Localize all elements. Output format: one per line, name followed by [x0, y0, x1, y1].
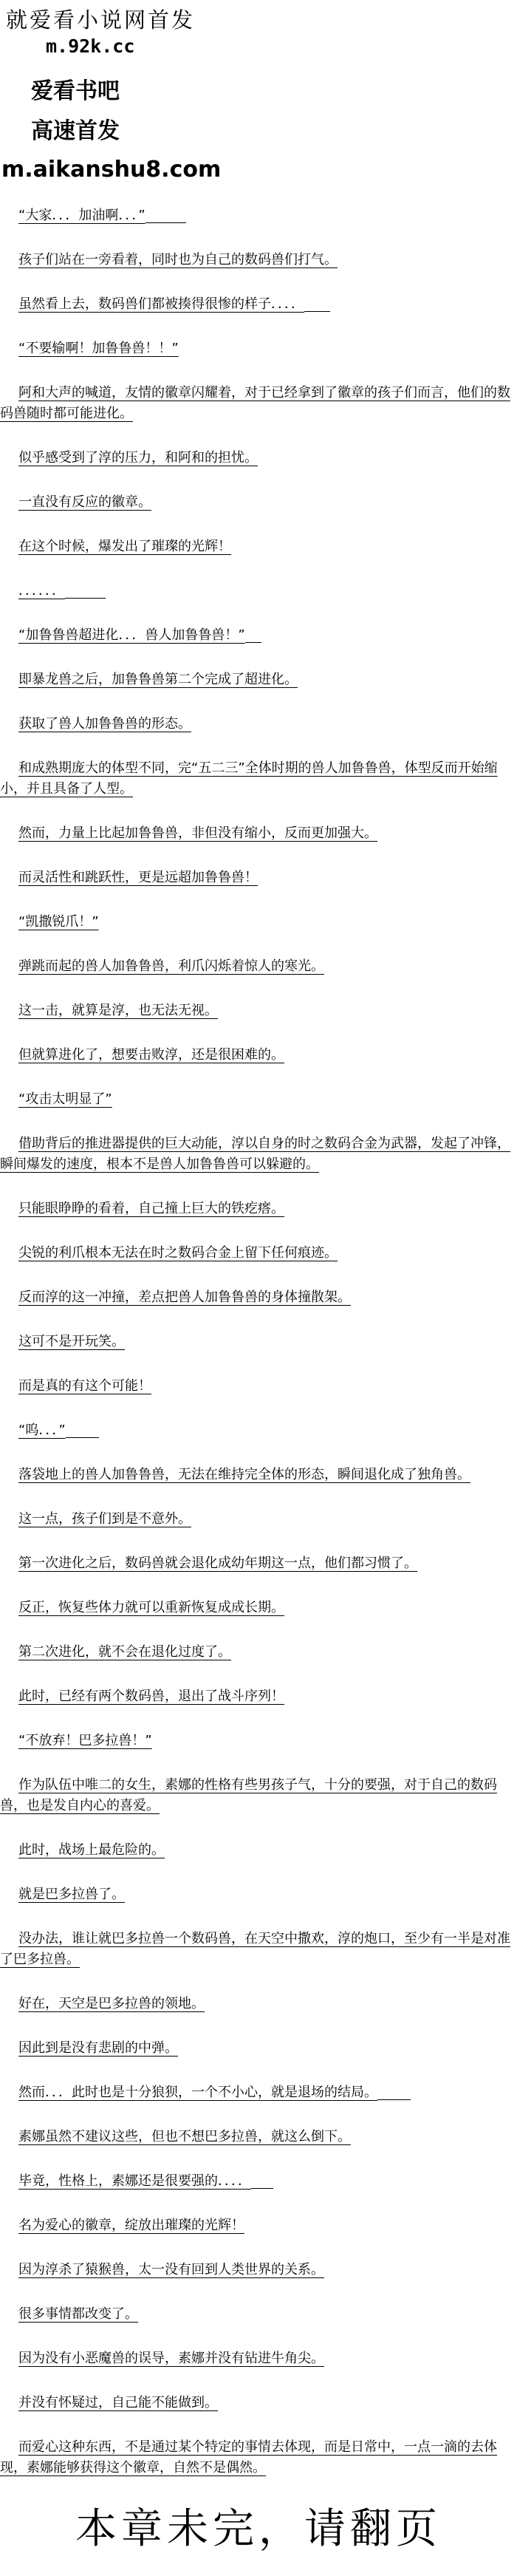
paragraph-text: 这一点，孩子们到是不意外。 — [18, 1511, 191, 1527]
paragraph: “凯撒锐爪！” — [0, 912, 517, 933]
paragraph: 落袋地上的兽人加鲁鲁兽，无法在维持完全体的形态，瞬间退化成了独角兽。 — [0, 1465, 517, 1485]
paragraph-text: 孩子们站在一旁看着，同时也为自己的数码兽们打气。 — [18, 252, 338, 268]
paragraph-text: 阿和大声的喊道，友情的徽章闪耀着，对于已经拿到了徽章的孩子们而言，他们的数码兽随… — [0, 385, 510, 421]
paragraph: 然而．．．此时也是十分狼狈，一个不小心，就是退场的结局。 — [0, 2082, 517, 2103]
paragraph: 但就算进化了，想要击败淳，还是很困难的。 — [0, 1045, 517, 1066]
paragraph: 就是巴多拉兽了。 — [0, 1884, 517, 1905]
paragraph-text: 而是真的有这个可能！ — [18, 1378, 151, 1394]
paragraph-text: 似乎感受到了淳的压力，和阿和的担忧。 — [18, 450, 258, 466]
paragraph-text: 因此到是没有悲剧的中弹。 — [18, 2040, 178, 2056]
paragraph-text: 第一次进化之后，数码兽就会退化成幼年期这一点，他们都习惯了。 — [18, 1556, 417, 1571]
paragraph-text: 因为淳杀了猿猴兽，太一没有回到人类世界的关系。 — [18, 2262, 324, 2277]
paragraph: 毕竟，性格上，素娜还是很要强的．．．． — [0, 2171, 517, 2192]
paragraph: 一直没有反应的徽章。 — [0, 492, 517, 513]
paragraph-text: “加鲁鲁兽超进化．．．兽人加鲁鲁兽！” — [18, 627, 245, 643]
paragraph-text: 借助背后的推进器提供的巨大动能，淳以自身的时之数码合金为武器，发起了冲锋，瞬间爆… — [0, 1136, 510, 1172]
paragraph: 这可不是开玩笑。 — [0, 1332, 517, 1352]
paragraph: 作为队伍中唯二的女生，素娜的性格有些男孩子气，十分的要强，对于自己的数码兽，也是… — [0, 1775, 517, 1816]
paragraph-text: 而爱心这种东西，不是通过某个特定的事情去体现，而是日常中，一点一滴的去体现，素娜… — [0, 2439, 497, 2476]
paragraph-text: 一直没有反应的徽章。 — [18, 494, 151, 510]
paragraph-text: 而灵活性和跳跃性，更是远超加鲁鲁兽！ — [18, 870, 258, 885]
paragraph: 即暴龙兽之后，加鲁鲁兽第二个完成了超进化。 — [0, 669, 517, 690]
paragraph-text: 此时，已经有两个数码兽，退出了战斗序列！ — [18, 1689, 284, 1704]
underline-tail — [251, 2188, 273, 2189]
paragraph-text: 在这个时候，爆发出了璀璨的光辉！ — [18, 539, 231, 554]
paragraph-text: 就是巴多拉兽了。 — [18, 1887, 125, 1902]
paragraph: 和成熟期庞大的体型不同，完“五二三”全体时期的兽人加鲁鲁兽，体型反而开始缩小，并… — [0, 758, 517, 800]
paragraph-text: 然而．．．此时也是十分狼狈，一个不小心，就是退场的结局。 — [18, 2085, 377, 2100]
paragraph: 第一次进化之后，数码兽就会退化成幼年期这一点，他们都习惯了。 — [0, 1553, 517, 1574]
paragraph-text: 但就算进化了，想要击败淳，还是很困难的。 — [18, 1047, 284, 1063]
paragraph-text: 然而，力量上比起加鲁鲁兽，非但没有缩小，反而更加强大。 — [18, 825, 377, 841]
paragraph: 此时，已经有两个数码兽，退出了战斗序列！ — [0, 1686, 517, 1707]
paragraph: 然而，力量上比起加鲁鲁兽，非但没有缩小，反而更加强大。 — [0, 823, 517, 844]
paragraph: “呜．．．” — [0, 1420, 517, 1441]
paragraph: 此时，战场上最危险的。 — [0, 1840, 517, 1861]
paragraph: 而灵活性和跳跃性，更是远超加鲁鲁兽！ — [0, 868, 517, 888]
paragraph-text: 名为爱心的徽章，绽放出璀璨的光辉！ — [18, 2218, 244, 2233]
paragraph-text: 和成熟期庞大的体型不同，完“五二三”全体时期的兽人加鲁鲁兽，体型反而开始缩小，并… — [0, 760, 498, 797]
paragraph-text: 作为队伍中唯二的女生，素娜的性格有些男孩子气，十分的要强，对于自己的数码兽，也是… — [0, 1777, 497, 1813]
paragraph: 虽然看上去，数码兽们都被揍得很惨的样子．．．． — [0, 294, 517, 315]
paragraph-text: “不要输啊！加鲁鲁兽！！” — [18, 341, 179, 356]
paragraph: 获取了兽人加鲁鲁兽的形态。 — [0, 714, 517, 735]
site-header-slogan: 高速首发 — [31, 120, 517, 143]
paragraph-text: 没办法，谁让就巴多拉兽一个数码兽，在天空中撒欢，淳的炮口，至少有一半是对准了巴多… — [0, 1931, 510, 1967]
paragraph-text: 这一击，就算是淳，也无法无视。 — [18, 1003, 218, 1018]
paragraph-text: 很多事情都改变了。 — [18, 2306, 138, 2322]
page-break-notice: 本章未完，请翻页 — [0, 2505, 517, 2554]
paragraph-text: “攻击太明显了” — [18, 1091, 112, 1107]
paragraph-text: “大家．．．加油啊．．．” — [18, 208, 145, 223]
paragraph: 在这个时候，爆发出了璀璨的光辉！ — [0, 536, 517, 557]
paragraph-text: 获取了兽人加鲁鲁兽的形态。 — [18, 716, 191, 732]
paragraph: 反正，恢复些体力就可以重新恢复成成长期。 — [0, 1598, 517, 1618]
paragraph: “攻击太明显了” — [0, 1089, 517, 1110]
paragraph: 这一点，孩子们到是不意外。 — [0, 1509, 517, 1530]
paragraph: 而爱心这种东西，不是通过某个特定的事情去体现，而是日常中，一点一滴的去体现，素娜… — [0, 2437, 517, 2478]
paragraph-text: 落袋地上的兽人加鲁鲁兽，无法在维持完全体的形态，瞬间退化成了独角兽。 — [18, 1467, 470, 1482]
paragraph-text: “凯撒锐爪！” — [18, 914, 99, 930]
paragraph: 这一击，就算是淳，也无法无视。 — [0, 1001, 517, 1021]
paragraph-text: 此时，战场上最危险的。 — [18, 1842, 165, 1858]
paragraph-text: 虽然看上去，数码兽们都被揍得很惨的样子．．．． — [18, 296, 304, 312]
paragraph: 借助背后的推进器提供的巨大动能，淳以自身的时之数码合金为武器，发起了冲锋，瞬间爆… — [0, 1134, 517, 1175]
paragraph: 素娜虽然不建议这些，但也不想巴多拉兽，就这么倒下。 — [0, 2127, 517, 2147]
paragraph: 阿和大声的喊道，友情的徽章闪耀着，对于已经拿到了徽章的孩子们而言，他们的数码兽随… — [0, 383, 517, 424]
paragraph: 只能眼睁睁的看着，自己撞上巨大的铁疙瘩。 — [0, 1199, 517, 1219]
paragraph: “不要输啊！加鲁鲁兽！！” — [0, 338, 517, 359]
underline-tail — [145, 222, 186, 223]
underline-tail — [245, 642, 261, 643]
paragraph: 孩子们站在一旁看着，同时也为自己的数码兽们打气。 — [0, 250, 517, 270]
paragraph-text: 好在，天空是巴多拉兽的领地。 — [18, 1996, 205, 2011]
paragraph-text: “呜．．．” — [18, 1422, 66, 1438]
paragraph: 而是真的有这个可能！ — [0, 1376, 517, 1397]
paragraph: 尖锐的利爪根本无法在时之数码合金上留下任何痕迹。 — [0, 1243, 517, 1264]
paragraph: 好在，天空是巴多拉兽的领地。 — [0, 1994, 517, 2014]
underline-tail — [65, 598, 106, 599]
novel-content: “大家．．．加油啊．．．”孩子们站在一旁看着，同时也为自己的数码兽们打气。虽然看… — [0, 205, 517, 2478]
paragraph-text: 毕竟，性格上，素娜还是很要强的．．．． — [18, 2173, 251, 2189]
paragraph: 名为爱心的徽章，绽放出璀璨的光辉！ — [0, 2215, 517, 2236]
paragraph: “不放弃！巴多拉兽！” — [0, 1731, 517, 1751]
paragraph-text: 这可不是开玩笑。 — [18, 1334, 125, 1349]
paragraph: 因此到是没有悲剧的中弹。 — [0, 2038, 517, 2059]
paragraph: 并没有怀疑过，自己能不能做到。 — [0, 2393, 517, 2413]
paragraph: “加鲁鲁兽超进化．．．兽人加鲁鲁兽！” — [0, 625, 517, 646]
paragraph-text: ．．．．．． — [18, 583, 65, 599]
underline-tail — [377, 2099, 411, 2100]
underline-tail — [66, 1437, 99, 1438]
paragraph: 弹跳而起的兽人加鲁鲁兽，利爪闪烁着惊人的寒光。 — [0, 956, 517, 977]
paragraph-text: 尖锐的利爪根本无法在时之数码合金上留下任何痕迹。 — [18, 1245, 338, 1261]
novel-reader-page: { "colors": { "text": "#000000", "backgr… — [0, 7, 517, 2576]
paragraph-text: 第二次进化，就不会在退化过度了。 — [18, 1644, 231, 1660]
paragraph-text: 反正，恢复些体力就可以重新恢复成成长期。 — [18, 1600, 284, 1615]
paragraph-text: 反而淳的这一冲撞，差点把兽人加鲁鲁兽的身体撞散架。 — [18, 1289, 351, 1305]
paragraph-text: 只能眼睁睁的看着，自己撞上巨大的铁疙瘩。 — [18, 1201, 284, 1216]
paragraph-text: “不放弃！巴多拉兽！” — [18, 1733, 152, 1748]
paragraph: “大家．．．加油啊．．．” — [0, 205, 517, 226]
underline-tail — [304, 311, 330, 312]
paragraph-text: 因为没有小恶魔兽的误导，素娜并没有钻进牛角尖。 — [18, 2351, 324, 2366]
paragraph-text: 并没有怀疑过，自己能不能做到。 — [18, 2395, 218, 2410]
paragraph-text: 素娜虽然不建议这些，但也不想巴多拉兽，就这么倒下。 — [18, 2129, 351, 2144]
paragraph: 因为没有小恶魔兽的误导，素娜并没有钻进牛角尖。 — [0, 2348, 517, 2369]
watermark-site-url: m.92k.cc — [46, 37, 517, 56]
paragraph-text: 即暴龙兽之后，加鲁鲁兽第二个完成了超进化。 — [18, 672, 298, 687]
watermark-site-name: 就爱看小说网首发 — [6, 7, 517, 33]
paragraph: 很多事情都改变了。 — [0, 2304, 517, 2325]
paragraph: 没办法，谁让就巴多拉兽一个数码兽，在天空中撒欢，淳的炮口，至少有一半是对准了巴多… — [0, 1929, 517, 1970]
paragraph-text: 弹跳而起的兽人加鲁鲁兽，利爪闪烁着惊人的寒光。 — [18, 958, 324, 974]
paragraph: 似乎感受到了淳的压力，和阿和的担忧。 — [0, 448, 517, 468]
site-header-name: 爱看书吧 — [31, 80, 517, 103]
paragraph: 反而淳的这一冲撞，差点把兽人加鲁鲁兽的身体撞散架。 — [0, 1287, 517, 1308]
site-header-url: m.aikanshu8.com — [1, 158, 517, 182]
paragraph: 因为淳杀了猿猴兽，太一没有回到人类世界的关系。 — [0, 2260, 517, 2280]
paragraph: 第二次进化，就不会在退化过度了。 — [0, 1642, 517, 1663]
paragraph: ．．．．．． — [0, 581, 517, 602]
